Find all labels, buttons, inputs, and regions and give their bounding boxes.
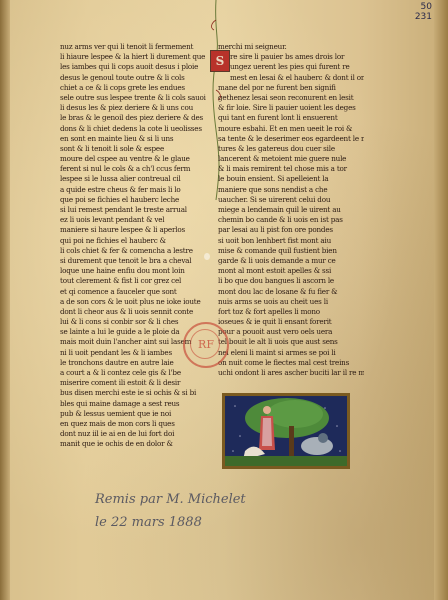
text-line: loque une haine enfiu dou mont loin	[60, 266, 206, 276]
text-line: li desus les & piez deriere & li uns cou	[60, 103, 206, 113]
text-line: li hiaure lespee & la hiert li durement …	[60, 52, 206, 62]
folio-top: 50	[415, 2, 432, 12]
text-line: si uoit bon lenhbert fist mont aiu	[218, 236, 364, 246]
text-line: le bras & le genoil des piez deriere & d…	[60, 113, 206, 123]
text-line: uaucher. Si se uirerent celui dou	[218, 195, 364, 205]
library-stamp: RF	[183, 322, 229, 368]
text-line: desus le genoul toute outre & li cols	[60, 73, 206, 83]
text-line: ioseues & ie quit li ensant forerit	[218, 317, 364, 327]
text-line: par lesai au li pist fon ore pondes	[218, 225, 364, 235]
text-line: manit que ie ochis de en dolor &	[60, 439, 206, 449]
text-line: moure del cspee au ventre & le glaue	[60, 154, 206, 164]
text-line: re sire li pauier bs ames drois lor	[218, 52, 364, 62]
text-line: mise & comande quil fustient bien	[218, 246, 364, 256]
text-line: si durement que tenoit le bra a cheval	[60, 256, 206, 266]
text-line: pub & lessus uemient que ie noi	[60, 409, 206, 419]
text-line: mest en lesai & el hauberc & dont il one…	[218, 73, 364, 83]
text-line: sa tente & le deserimer eos egardeent le…	[218, 134, 364, 144]
text-line: miege a lendemain quil le uirent au	[218, 205, 364, 215]
page-edge-left	[0, 0, 10, 600]
text-line: lui & li cons si conbir sor & li ches	[60, 317, 206, 327]
text-line: moure esbahi. Et en men ueeit le roi &	[218, 124, 364, 134]
text-line: dont li cheor aus & li uois sennit conte	[60, 307, 206, 317]
text-line: bles qui maine damage a sest reus	[60, 399, 206, 409]
text-line: gethenez lesai seon reconurent en lesit	[218, 93, 364, 103]
text-line: garde & li uois demande a mur ce	[218, 256, 364, 266]
text-line: lespee si le lussa alier contreual cil	[60, 174, 206, 184]
text-line: mont al mont estoit apelles & ssi	[218, 266, 364, 276]
text-line: fort toz & fort apelles li mono	[218, 307, 364, 317]
text-line: que poi se fichies el hauberc leche	[60, 195, 206, 205]
text-line: en quez mais de mon cors li ques	[60, 419, 206, 429]
text-line: miserire coment ili estoit & li desir	[60, 378, 206, 388]
parchment-hole	[204, 253, 210, 260]
text-line: en sont en mainte lieu & si li uns	[60, 134, 206, 144]
text-line: sele outre sus lespee trente & li cols s…	[60, 93, 206, 103]
miniature-scene	[225, 396, 347, 466]
text-line: les iambes qui li cops auoit desus i plo…	[60, 62, 206, 72]
text-line: maniere que sons nendist a che	[218, 185, 364, 195]
text-line: sont & li tenoit li sole & espee	[60, 144, 206, 154]
text-line: et qi comence a fauceler que sont	[60, 287, 206, 297]
text-line: qui poi ne fichies el hauberc &	[60, 236, 206, 246]
text-line: nei eleni li maint si armes se poi li	[218, 348, 364, 358]
text-line: merchi mi seigneur.	[218, 42, 364, 52]
folio-page: 231	[415, 12, 432, 22]
text-line: dont nuz iil ie ai en de lui fort doi	[60, 429, 206, 439]
text-line: uchi ondont li ares ascher buciti lar il…	[218, 368, 364, 378]
folio-number: 50 231	[415, 2, 432, 22]
text-line: & li mais remirent tel chose mis a tor	[218, 164, 364, 174]
text-line: nuis arms se uois au cheit ues li	[218, 297, 364, 307]
text-line: le bouin ensient. Si apelleient la	[218, 174, 364, 184]
text-line: li cols chiet & fer & comencha a lestre	[60, 246, 206, 256]
text-line: lancerent & metoient mie guere nule	[218, 154, 364, 164]
text-line: & fir loie. Sire li pauier uoient les de…	[218, 103, 364, 113]
text-line: tout clerement & fist li cor grez cel	[60, 276, 206, 286]
text-line: chiet a ce & li cops grete les endues	[60, 83, 206, 93]
text-column-right: merchi mi seigneur.re sire li pauier bs …	[218, 42, 364, 378]
text-line: dons & li chiet dedens la cote li ueolis…	[60, 124, 206, 134]
text-line: tures & les gatereus dou cuer sile	[218, 144, 364, 154]
text-line: pour a pouoit aust vero oels uera	[218, 327, 364, 337]
text-line: bus disen merchi este ie si ochis & si b…	[60, 388, 206, 398]
text-line: qui tant en furent lont li ensuerent	[218, 113, 364, 123]
text-line: li bo que dou bangues li ascorn le	[218, 276, 364, 286]
text-line: si lui remest pendant le treste arrual	[60, 205, 206, 215]
text-line: chemin bo cande & li uois en ist pas	[218, 215, 364, 225]
text-line: mont dou lac de losane & fu fier &	[218, 287, 364, 297]
provenance-note-line2: le 22 mars 1888	[95, 515, 202, 530]
text-line: nuz arms ver qui li tenoit li fermement	[60, 42, 206, 52]
text-line: ferent si nul le cols & a ch'l ccus ferm	[60, 164, 206, 174]
provenance-note-line1: Remis par M. Michelet	[95, 492, 246, 507]
text-line: ungez uerent les pies qui furent re	[218, 62, 364, 72]
text-line: on nuit come le fiectes mal cest treins	[218, 358, 364, 368]
text-line: a quide estre cheus & fer mais li lo	[60, 185, 206, 195]
manuscript-page: 50 231 nuz arms ver qui li tenoit li fer…	[0, 0, 448, 600]
page-edge-right	[434, 0, 448, 600]
text-line: le tronchons dautre en autre laie	[60, 358, 206, 368]
text-line: a de son cors & le uoit plus ne ioke iou…	[60, 297, 206, 307]
miniature-illustration	[222, 393, 350, 469]
text-line: ez li uois levant pendant & vel	[60, 215, 206, 225]
text-line: tel bouit le alt li uois que aust sens	[218, 337, 364, 347]
illuminated-initial: S	[210, 50, 230, 72]
miniature-scene-icon	[225, 396, 347, 466]
text-line: mane del por ne furent ben signifi	[218, 83, 364, 93]
text-line: a court a & li contez cele gis & l'be	[60, 368, 206, 378]
text-column-left: nuz arms ver qui li tenoit li fermementl…	[60, 42, 206, 450]
text-line: maniere si haure lespee & li aperlos	[60, 225, 206, 235]
